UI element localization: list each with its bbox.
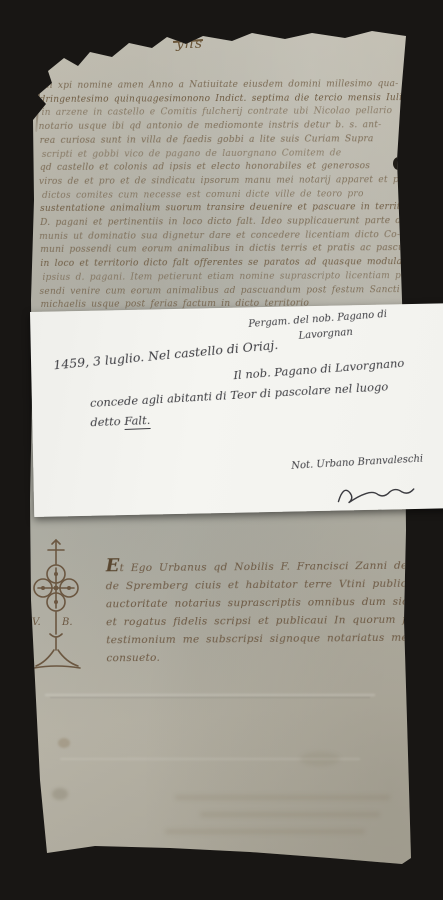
signature-scribble — [333, 474, 419, 510]
notarial-sign-cross — [24, 538, 88, 676]
small-stain — [52, 788, 68, 800]
manuscript-photo: yhs In xpi nomine amen Anno a Natiuitate… — [0, 0, 443, 900]
note-corner-label: Lavorgnan — [298, 327, 353, 342]
note-body-line: detto Falt. — [90, 413, 151, 429]
note-body-prefix: detto — [90, 414, 125, 429]
show-through-line — [175, 795, 390, 800]
note-body-line: Il nob. Pagano di Lavorgnano — [233, 356, 405, 383]
sign-letter-left: V. — [32, 617, 41, 628]
archivist-note: Pergam. del nob. Pagano di Lavorgnan 145… — [30, 303, 443, 517]
note-corner-label: Pergam. del nob. Pagano di — [248, 309, 387, 330]
note-notary-line: Not. Urbano Branvaleschi — [291, 454, 423, 472]
show-through-line — [165, 829, 365, 834]
christogram-yhs: yhs — [176, 36, 203, 52]
sign-letter-right: B. — [62, 617, 73, 628]
manuscript-lower-block: Et Ego Urbanus qd Nobilis F. Francisci Z… — [106, 555, 409, 668]
fold-crease — [45, 694, 375, 696]
note-body-line: concede agli abitanti di Teor di pascola… — [90, 379, 389, 410]
fold-crease-shadow — [50, 697, 370, 698]
note-place-name: Falt. — [124, 413, 151, 430]
manuscript-line: Et Ego Urbanus qd Nobilis F. Francisci Z… — [106, 555, 408, 578]
manuscript-top-block: In xpi nomine amen Anno a Natiuitate eiu… — [39, 75, 406, 313]
small-stain — [58, 738, 70, 748]
manuscript-line: consueto. — [106, 647, 408, 668]
manuscript-line: In xpi nomine amen Anno a Natiuitate eiu… — [39, 75, 405, 94]
faint-stain — [300, 752, 340, 766]
show-through-line — [200, 812, 380, 817]
